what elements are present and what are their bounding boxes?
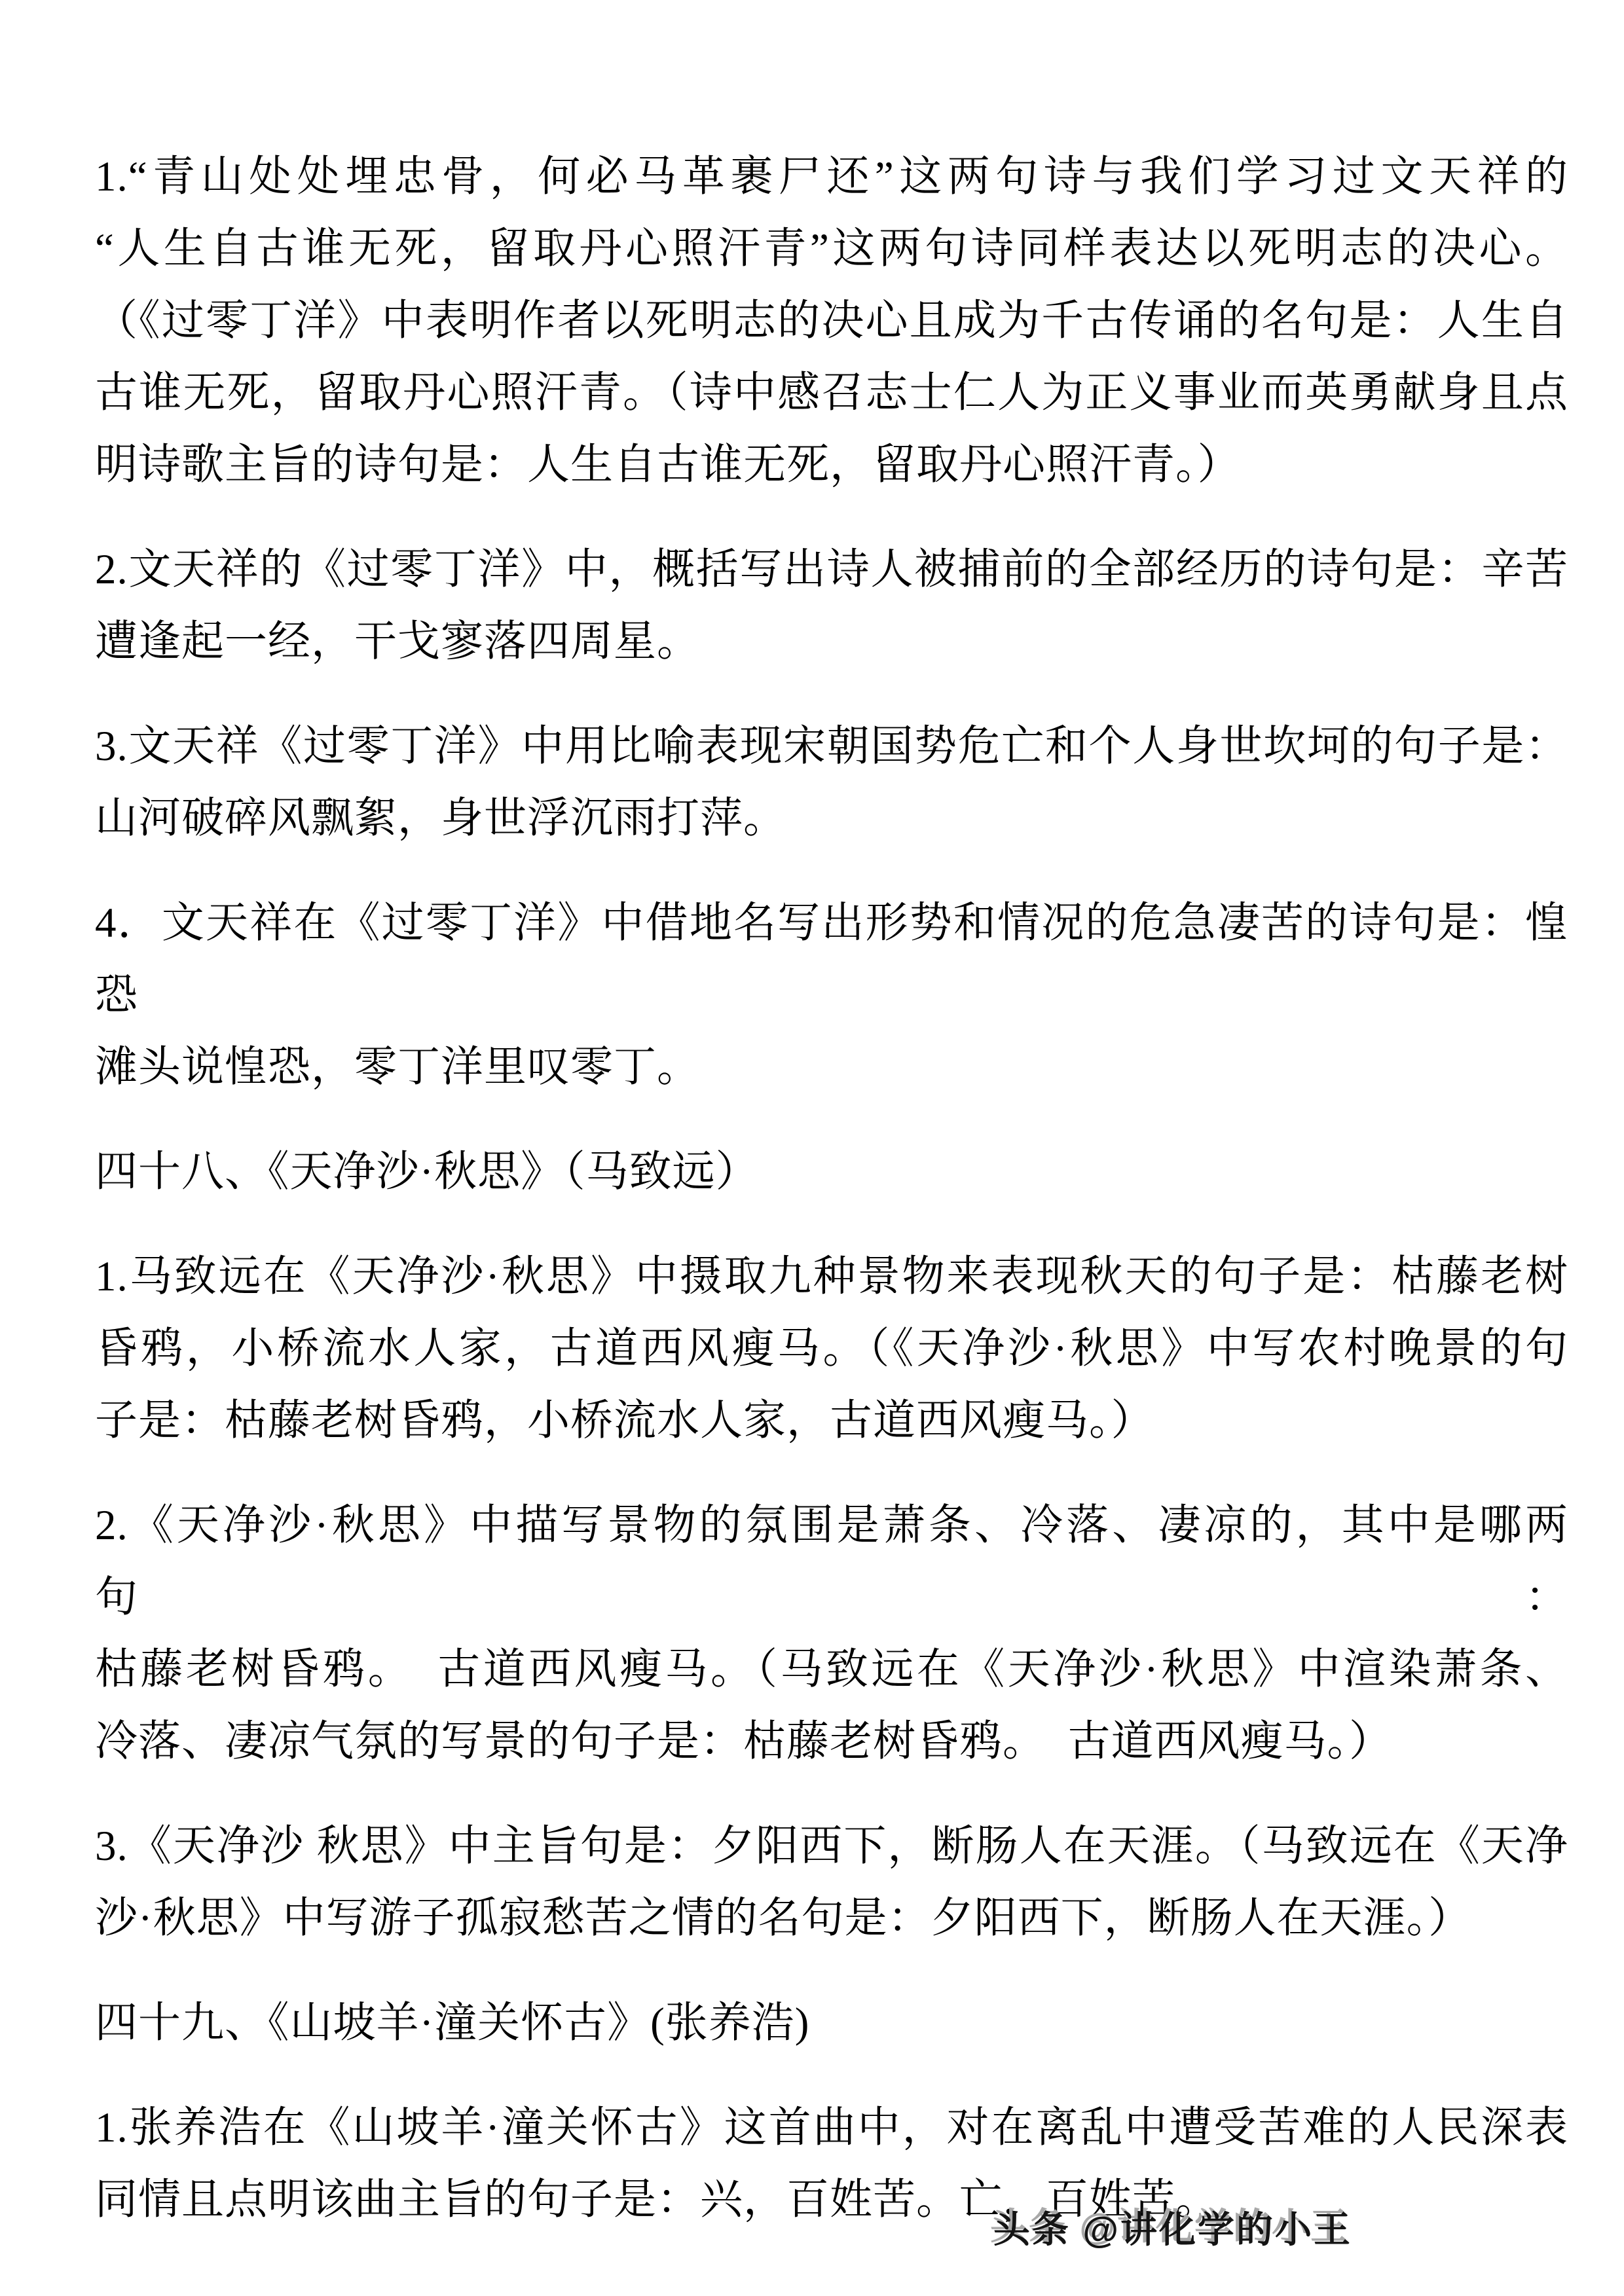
text-line: 沙·秋思》中写游子孤寂愁苦之情的名句是：夕阳西下，断肠人在天涯。） bbox=[95, 1882, 1568, 1954]
watermark-credit: 头条 @讲化学的小王 bbox=[993, 2201, 1352, 2253]
text-line: 山河破碎风飘絮，身世浮沉雨打萍。 bbox=[95, 782, 1568, 854]
text-line: 3.文天祥《过零丁洋》中用比喻表现宋朝国势危亡和个人身世坎坷的句子是： bbox=[95, 710, 1568, 782]
heading-line: 四十八、《天净沙·秋思》（马致远） bbox=[95, 1136, 1568, 1208]
text-line: 遭逢起一经，干戈寥落四周星。 bbox=[95, 606, 1568, 678]
paragraph-4: 4．文天祥在《过零丁洋》中借地名写出形势和情况的危急凄苦的诗句是：惶恐 滩头说惶… bbox=[95, 887, 1568, 1103]
text-line: 2.文天祥的《过零丁洋》中，概括写出诗人被捕前的全部经历的诗句是：辛苦 bbox=[95, 534, 1568, 606]
text-line: “人生自古谁无死，留取丹心照汗青”这两句诗同样表达以死明志的决心。 bbox=[95, 213, 1568, 285]
document-body: 1.“青山处处埋忠骨，何必马革裹尸还”这两句诗与我们学习过文天祥的 “人生自古谁… bbox=[95, 141, 1568, 2269]
text-line: 明诗歌主旨的诗句是：人生自古谁无死，留取丹心照汗青。） bbox=[95, 429, 1568, 501]
text-line: 1.张养浩在《山坡羊·潼关怀古》这首曲中，对在离乱中遭受苦难的人民深表 bbox=[95, 2092, 1568, 2164]
paragraph-5: 1.马致远在《天净沙·秋思》中摄取九种景物来表现秋天的句子是：枯藤老树 昏鸦，小… bbox=[95, 1241, 1568, 1457]
text-line: 子是：枯藤老树昏鸦，小桥流水人家，古道西风瘦马。） bbox=[95, 1385, 1568, 1457]
text-line: （《过零丁洋》中表明作者以死明志的决心且成为千古传诵的名句是：人生自 bbox=[95, 285, 1568, 357]
text-line: 4．文天祥在《过零丁洋》中借地名写出形势和情况的危急凄苦的诗句是：惶恐 bbox=[95, 887, 1568, 1031]
paragraph-1: 1.“青山处处埋忠骨，何必马革裹尸还”这两句诗与我们学习过文天祥的 “人生自古谁… bbox=[95, 141, 1568, 501]
text-line: 2.《天净沙·秋思》中描写景物的氛围是萧条、冷落、凄凉的，其中是哪两句： bbox=[95, 1489, 1568, 1633]
text-line: 1.“青山处处埋忠骨，何必马革裹尸还”这两句诗与我们学习过文天祥的 bbox=[95, 141, 1568, 213]
paragraph-7: 3.《天净沙 秋思》中主旨句是：夕阳西下，断肠人在天涯。（马致远在《天净 沙·秋… bbox=[95, 1810, 1568, 1954]
text-line: 滩头说惶恐，零丁洋里叹零丁。 bbox=[95, 1031, 1568, 1103]
text-line: 枯藤老树昏鸦。 古道西风瘦马。（马致远在《天净沙·秋思》中渲染萧条、 bbox=[95, 1633, 1568, 1705]
heading-line: 四十九、《山坡羊·潼关怀古》(张养浩) bbox=[95, 1987, 1568, 2059]
text-line: 古谁无死，留取丹心照汗青。（诗中感召志士仁人为正义事业而英勇献身且点 bbox=[95, 357, 1568, 429]
text-line: 1.马致远在《天净沙·秋思》中摄取九种景物来表现秋天的句子是：枯藤老树 bbox=[95, 1241, 1568, 1313]
text-line: 3.《天净沙 秋思》中主旨句是：夕阳西下，断肠人在天涯。（马致远在《天净 bbox=[95, 1810, 1568, 1882]
text-line: 昏鸦，小桥流水人家，古道西风瘦马。（《天净沙·秋思》中写农村晚景的句 bbox=[95, 1313, 1568, 1385]
section-heading-48: 四十八、《天净沙·秋思》（马致远） bbox=[95, 1136, 1568, 1208]
paragraph-3: 3.文天祥《过零丁洋》中用比喻表现宋朝国势危亡和个人身世坎坷的句子是： 山河破碎… bbox=[95, 710, 1568, 854]
section-heading-49: 四十九、《山坡羊·潼关怀古》(张养浩) bbox=[95, 1987, 1568, 2059]
paragraph-2: 2.文天祥的《过零丁洋》中，概括写出诗人被捕前的全部经历的诗句是：辛苦 遭逢起一… bbox=[95, 534, 1568, 678]
document-page: 1.“青山处处埋忠骨，何必马革裹尸还”这两句诗与我们学习过文天祥的 “人生自古谁… bbox=[0, 0, 1624, 2296]
text-line: 冷落、凄凉气氛的写景的句子是：枯藤老树昏鸦。 古道西风瘦马。） bbox=[95, 1705, 1568, 1777]
paragraph-6: 2.《天净沙·秋思》中描写景物的氛围是萧条、冷落、凄凉的，其中是哪两句： 枯藤老… bbox=[95, 1489, 1568, 1777]
